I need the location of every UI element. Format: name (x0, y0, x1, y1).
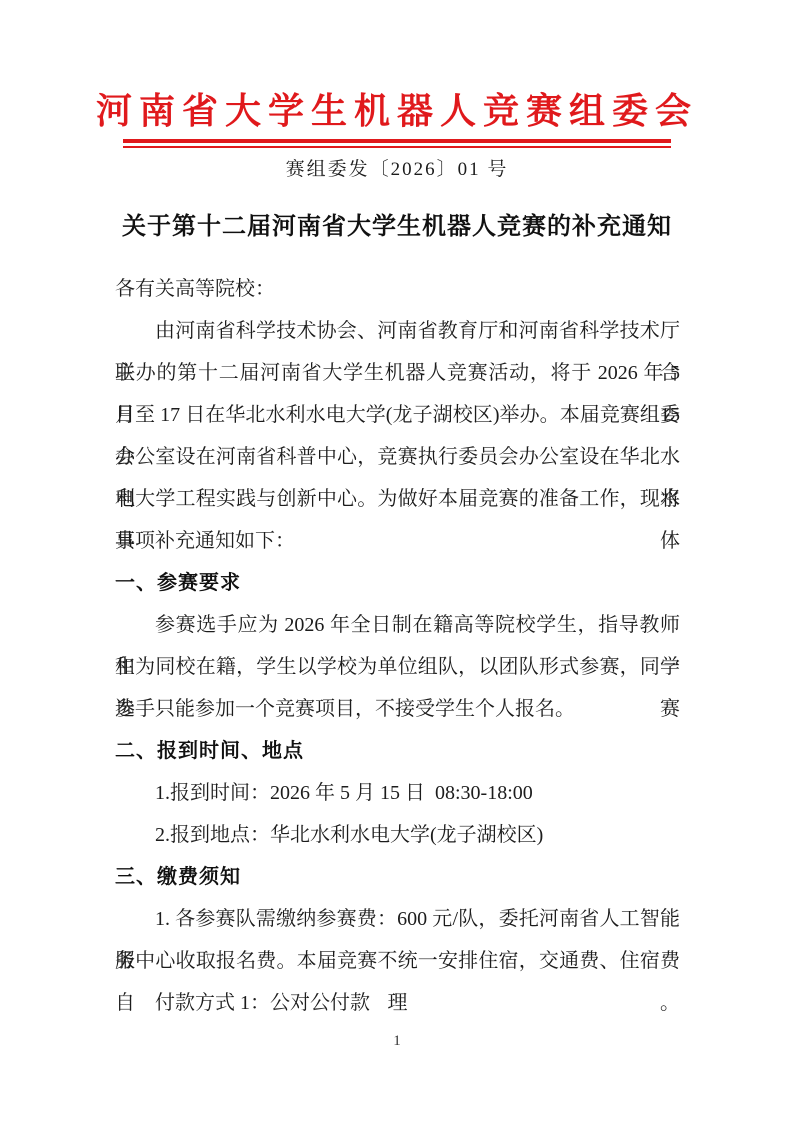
letterhead-rule-thick (123, 139, 671, 143)
doc-line: 生为同校在籍，学生以学校为单位组队，以团队形式参赛，同一参赛 (115, 646, 680, 688)
letterhead-org-title: 河南省大学生机器人竞赛组委会 (0, 91, 794, 131)
document-body: 各有关高等院校： 由河南省科学技术协会、河南省教育厅和河南省科学技术厅联合 主办… (115, 268, 680, 1024)
letterhead-rule-thin (123, 146, 671, 148)
doc-line: 办公室设在河南省科普中心，竞赛执行委员会办公室设在华北水利水 (115, 436, 680, 478)
page-number: 1 (0, 1030, 794, 1052)
section-heading-3: 三、缴费须知 (115, 856, 680, 898)
document-page: 河南省大学生机器人竞赛组委会 赛组委发〔2026〕01 号 关于第十二届河南省大… (0, 0, 794, 1123)
doc-line: 务中心收取报名费。本届竞赛不统一安排住宿，交通费、住宿费自理。 (115, 940, 680, 982)
doc-line: 2.报到地点：华北水利水电大学(龙子湖校区) (115, 814, 680, 856)
doc-line: 主办的第十二届河南省大学生机器人竞赛活动，将于 2026 年 5 月 15 (115, 352, 680, 394)
document-title: 关于第十二届河南省大学生机器人竞赛的补充通知 (0, 210, 794, 244)
doc-line: 电大学工程实践与创新中心。为做好本届竞赛的准备工作，现将具体 (115, 478, 680, 520)
doc-line: 由河南省科学技术协会、河南省教育厅和河南省科学技术厅联合 (115, 310, 680, 352)
document-number: 赛组委发〔2026〕01 号 (0, 157, 794, 183)
doc-line: 日至 17 日在华北水利水电大学(龙子湖校区)举办。本届竞赛组委会 (115, 394, 680, 436)
doc-line: 1. 各参赛队需缴纳参赛费：600 元/队，委托河南省人工智能服 (115, 898, 680, 940)
section-heading-2: 二、报到时间、地点 (115, 730, 680, 772)
doc-line: 参赛选手应为 2026 年全日制在籍高等院校学生，指导教师和学 (115, 604, 680, 646)
section-heading-1: 一、参赛要求 (115, 562, 680, 604)
doc-line: 1.报到时间：2026 年 5 月 15 日 08:30-18:00 (115, 772, 680, 814)
salutation-line: 各有关高等院校： (115, 268, 680, 310)
